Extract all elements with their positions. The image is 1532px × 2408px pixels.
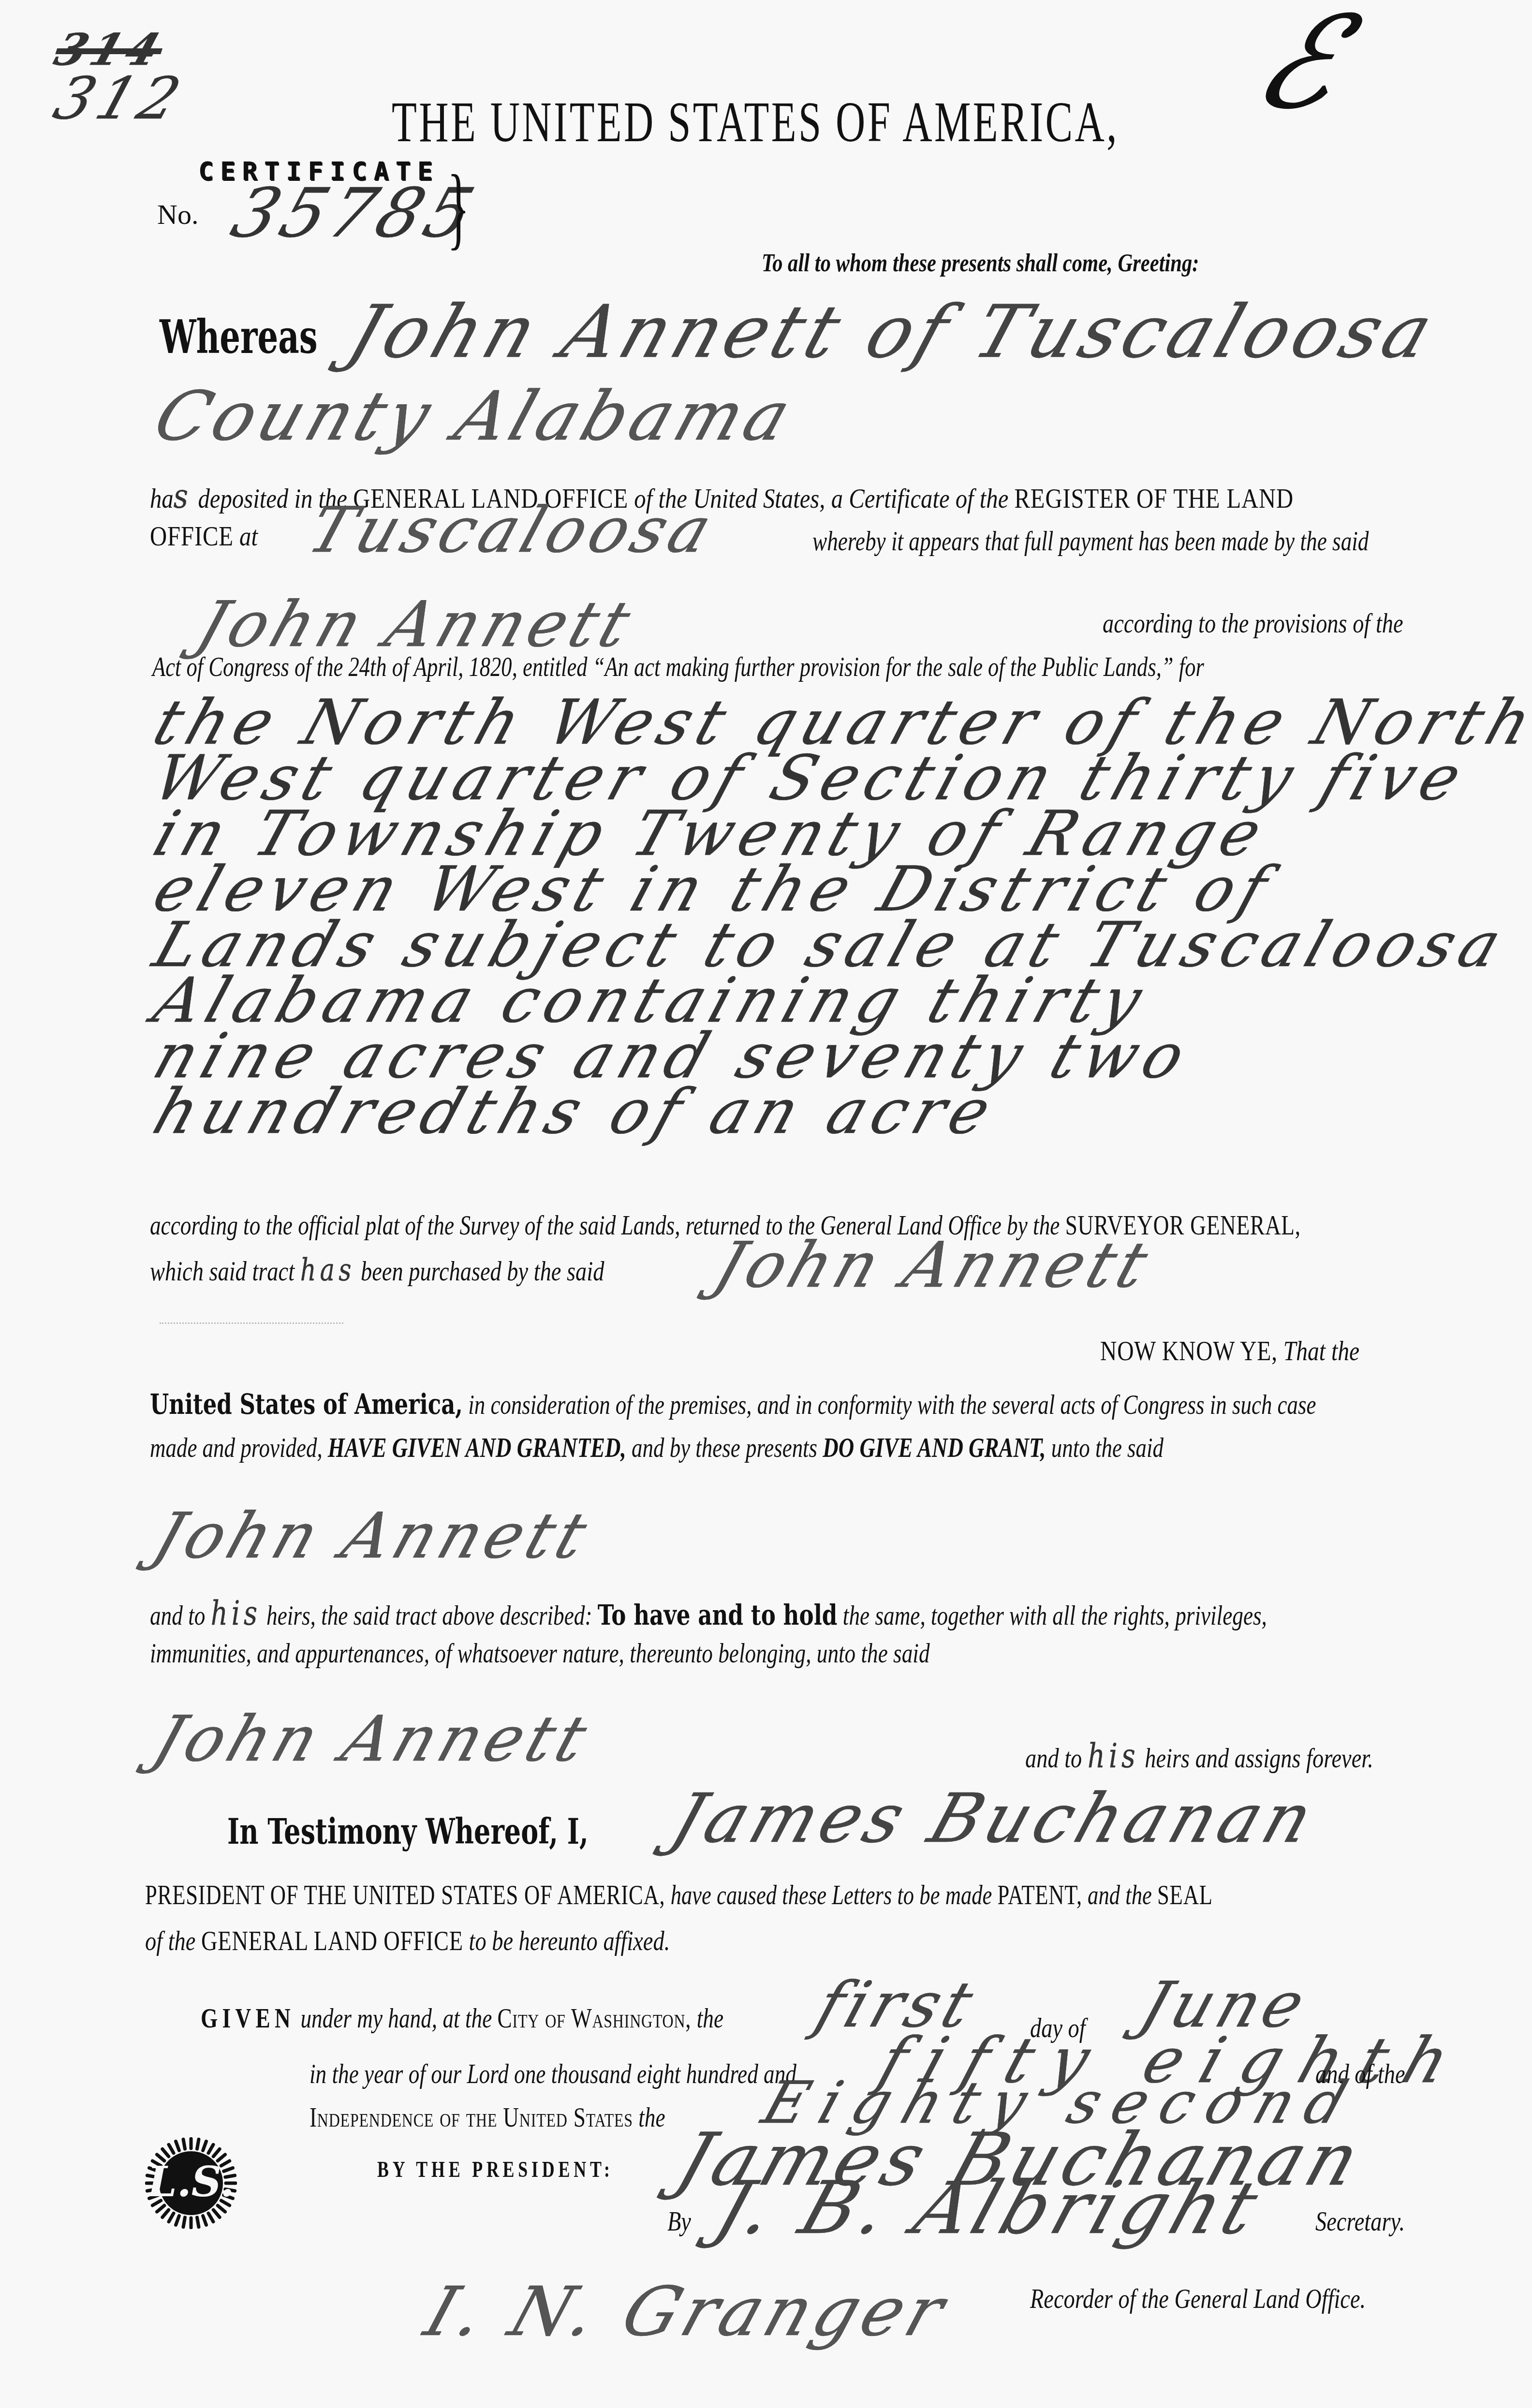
by-label: By — [667, 2205, 691, 2237]
grant-text-2a: made and provided, — [150, 1432, 323, 1463]
glo-caps: GENERAL LAND OFFICE — [201, 1925, 463, 1956]
certificate-number-label: No. — [157, 198, 198, 231]
have-given-and-granted: HAVE GIVEN AND GRANTED, — [328, 1432, 626, 1463]
testimony-label: In Testimony Whereof, I, — [227, 1811, 589, 1852]
given-label: GIVEN — [201, 2002, 295, 2034]
independence-caps: Independence of the United States — [309, 2101, 633, 2133]
survey-text-b: which said tract — [150, 1255, 295, 1287]
whereas-text: Whereas — [160, 309, 318, 364]
survey-text-c: been purchased by the said — [361, 1255, 604, 1287]
usa-blackletter: United States of America, — [150, 1388, 463, 1421]
deposit-hand-s: s — [174, 476, 192, 516]
forever-text-b: heirs and assigns forever. — [1145, 1742, 1373, 1774]
given-text-c: the — [638, 2101, 665, 2133]
do-give-and-grant: DO GIVE AND GRANT, — [823, 1432, 1046, 1463]
given-text-a: under my hand, at the — [300, 2002, 492, 2034]
grant-text-1: in consideration of the premises, and in… — [468, 1389, 1316, 1420]
page-number: 312 — [46, 65, 193, 132]
by-the-president-label: BY THE PRESIDENT: — [377, 2157, 614, 2182]
testimony-line-1: PRESIDENT OF THE UNITED STATES OF AMERIC… — [145, 1879, 1213, 1911]
forever-hand-his: his — [1088, 1736, 1139, 1776]
given-line-2: in the year of our Lord one thousand eig… — [309, 2057, 796, 2090]
now-know-ye-line: NOW KNOW YE, That the — [1100, 1335, 1359, 1367]
greeting: To all to whom these presents shall come… — [762, 249, 1295, 278]
to-have-and-to-hold: To have and to hold — [598, 1599, 838, 1631]
testimony-text-a: have caused these Letters to be made — [671, 1879, 992, 1910]
heirs-text-c: the same, together with all the rights, … — [843, 1600, 1267, 1631]
recorder-title: Recorder of the General Land Office. — [1030, 2282, 1366, 2315]
testimony-line-2: of the GENERAL LAND OFFICE to be hereunt… — [145, 1924, 670, 1957]
deposit-prefix: ha — [150, 483, 174, 514]
given-line-1: GIVEN under my hand, at the City of Wash… — [201, 2002, 723, 2034]
office-caps: OFFICE — [150, 520, 234, 552]
brace-icon: } — [447, 155, 470, 260]
document-title: THE UNITED STATES OF AMERICA, — [392, 89, 1119, 155]
secretary-title: Secretary. — [1315, 2205, 1405, 2237]
svg-text:L.S.: L.S. — [146, 2158, 234, 2206]
corner-check-mark: ℰ — [1238, 0, 1367, 136]
testimony-text-d: to be hereunto affixed. — [469, 1925, 670, 1956]
act-of-congress-line: Act of Congress of the 24th of April, 18… — [152, 650, 1204, 683]
appurtenances-line: immunities, and appurtenances, of whatso… — [150, 1637, 930, 1669]
grantee-name-2: John Annett — [145, 1702, 600, 1776]
city-of-washington: City of Washington, — [498, 2002, 692, 2034]
grant-text-2c: unto the said — [1051, 1432, 1164, 1463]
land-description-line: hundredths of an acre — [145, 1076, 1006, 1148]
heirs-hand-his: his — [211, 1593, 261, 1633]
patent-caps: PATENT, — [998, 1879, 1082, 1910]
survey-line-2: which said tract has been purchased by t… — [150, 1252, 604, 1288]
now-know-ye: NOW KNOW YE, — [1100, 1335, 1278, 1366]
seal-caps: SEAL — [1157, 1879, 1213, 1910]
that-the: That the — [1283, 1335, 1359, 1366]
greeting-text: To all to whom these presents shall come… — [762, 249, 1199, 278]
president-caps: PRESIDENT OF THE UNITED STATES OF AMERIC… — [145, 1879, 665, 1910]
office-at: at — [239, 520, 258, 552]
deposit-line-2-right: whereby it appears that full payment has… — [812, 525, 1369, 557]
deposit-caps-b: REGISTER OF THE LAND — [1015, 483, 1294, 514]
grant-line-2: made and provided, HAVE GIVEN AND GRANTE… — [150, 1431, 1164, 1464]
given-text-b: the — [697, 2002, 723, 2034]
grantee-line-1: John Annett of Tuscaloosa — [339, 290, 1447, 374]
heirs-line: and to his heirs, the said tract above d… — [150, 1593, 1267, 1633]
testimony-text-c: of the — [145, 1925, 195, 1956]
grantee-line-2: County Alabama — [145, 377, 804, 456]
grantee-name-1: John Annett — [145, 1499, 600, 1572]
president-signature-testimony: James Buchanan — [663, 1779, 1326, 1858]
land-office-name: Tuscaloosa — [300, 493, 725, 567]
heirs-text-a: and to — [150, 1600, 205, 1631]
heirs-text-b: heirs, the said tract above described: — [266, 1600, 592, 1631]
forever-line: and to his heirs and assigns forever. — [1025, 1736, 1373, 1776]
survey-hand-has: has — [300, 1252, 355, 1288]
dotted-rule — [160, 1322, 343, 1324]
secretary-signature: J. B. Albright — [706, 2166, 1272, 2250]
seal-icon: L.S. — [145, 2137, 237, 2229]
grant-line-1: United States of America, in considerati… — [150, 1388, 1316, 1421]
provisions-text: according to the provisions of the — [1103, 607, 1403, 639]
recorder-signature: I. N. Granger — [416, 2273, 958, 2351]
given-line-3: Independence of the United States the — [309, 2101, 665, 2133]
deposit-line-2-left: OFFICE at — [150, 520, 258, 552]
grant-text-2b: and by these presents — [632, 1432, 817, 1463]
purchaser-name: John Annett — [706, 1228, 1161, 1302]
forever-text-a: and to — [1025, 1742, 1082, 1774]
testimony-text-b: and the — [1088, 1879, 1152, 1910]
